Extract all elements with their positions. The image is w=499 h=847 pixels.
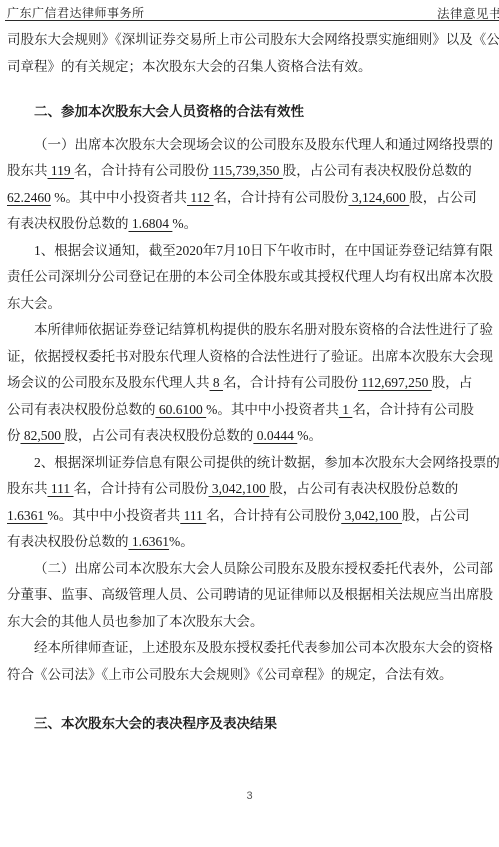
text-line: 本所律师依据证券登记结算机构提供的股东名册对股东资格的合法性进行了验 (7, 317, 499, 344)
text-segment: 二、参加本次股东大会人员资格的合法有效性 (34, 104, 304, 119)
filled-blank-value: 62.2460 (7, 190, 51, 205)
page-number: 3 (246, 790, 252, 802)
text-line: 有表决权股份总数的 1.6804 %。 (7, 211, 499, 238)
text-segment: 名，合计持有公司股份 (214, 190, 349, 205)
text-segment: 股，占公司 (409, 190, 477, 205)
text-segment: 有表决权股份总数的 (7, 534, 129, 549)
text-line: 1.6361 %。其中中小投资者共 111 名，合计持有公司股份 3,042,1… (7, 503, 499, 530)
section-heading: 二、参加本次股东大会人员资格的合法有效性 (7, 99, 499, 126)
text-segment: 分董事、监事、高级管理人员、公司聘请的见证律师以及根据相关法规应当出席股 (7, 587, 493, 602)
filled-blank-value: 1 (339, 402, 353, 417)
text-line: 司股东大会规则》《深圳证券交易所上市公司股东大会网络投票实施细则》以及《公 (7, 27, 499, 54)
filled-blank-value: 112 (187, 190, 214, 205)
filled-blank-value: 111 (180, 508, 206, 523)
text-line: 份 82,500 股，占公司有表决权股份总数的 0.0444 %。 (7, 423, 499, 450)
text-segment: 东大会。 (7, 296, 61, 311)
text-segment: 责任公司深圳分公司登记在册的本公司全体股东或其授权代理人均有权出席本次股 (7, 269, 493, 284)
text-segment: %。其中中小投资者共 (51, 190, 187, 205)
filled-blank-value: 0.0444 (253, 428, 297, 443)
text-segment: （一）出席本次股东大会现场会议的公司股东及股东代理人和通过网络投票的 (34, 137, 493, 152)
text-line: 证，依据授权委托书对股东代理人资格的合法性进行了验证。出席本次股东大会现 (7, 344, 499, 371)
text-segment: 名，合计持有公司股份 (74, 163, 209, 178)
text-line: 股东共 111 名，合计持有公司股份 3,042,100 股，占公司有表决权股份… (7, 476, 499, 503)
filled-blank-value: 60.6100 (156, 402, 207, 417)
text-segment: 股，占公司 (402, 508, 470, 523)
text-segment: 本所律师依据证券登记结算机构提供的股东名册对股东资格的合法性进行了验 (34, 322, 493, 337)
text-line: 1、根据会议通知，截至2020年7月10日下午收市时，在中国证券登记结算有限 (7, 238, 499, 265)
filled-blank-value: 82,500 (21, 428, 65, 443)
text-segment: %。其中中小投资者共 (206, 402, 339, 417)
text-segment: 1、根据会议通知，截至2020年7月10日下午收市时，在中国证券登记结算有限 (34, 243, 493, 258)
text-segment: 名，合计持有公司股份 (223, 375, 358, 390)
text-segment: 证，依据授权委托书对股东代理人资格的合法性进行了验证。出席本次股东大会现 (7, 349, 493, 364)
text-segment: 股东共 (7, 163, 48, 178)
header-divider (5, 20, 499, 21)
filled-blank-value: 3,124,600 (349, 190, 410, 205)
text-segment: 司股东大会规则》《深圳证券交易所上市公司股东大会网络投票实施细则》以及《公 (7, 32, 499, 47)
section-heading: 三、本次股东大会的表决程序及表决结果 (7, 711, 499, 738)
text-segment: %。 (169, 534, 194, 549)
filled-blank-value: 1.6804 (129, 216, 173, 231)
filled-blank-value: 119 (48, 163, 75, 178)
text-segment: 股东共 (7, 481, 48, 496)
text-line: 东大会。 (7, 291, 499, 318)
text-segment: 三、本次股东大会的表决程序及表决结果 (34, 716, 277, 731)
text-segment: %。 (172, 216, 197, 231)
filled-blank-value: 1.6361 (129, 534, 170, 549)
text-line: 股东共 119 名，合计持有公司股份 115,739,350 股，占公司有表决权… (7, 158, 499, 185)
text-segment: 股，占公司有表决权股份总数的 (64, 428, 253, 443)
text-line: 公司有表决权股份总数的 60.6100 %。其中中小投资者共 1 名，合计持有公… (7, 397, 499, 424)
filled-blank-value: 111 (48, 481, 74, 496)
text-line: 司章程》的有关规定；本次股东大会的召集人资格合法有效。 (7, 54, 499, 81)
text-line: 2、根据深圳证券信息有限公司提供的统计数据，参加本次股东大会网络投票的 (7, 450, 499, 477)
text-segment: 有表决权股份总数的 (7, 216, 129, 231)
text-line: 经本所律师查证，上述股东及股东授权委托代表参加公司本次股东大会的资格 (7, 635, 499, 662)
text-segment: 公司有表决权股份总数的 (7, 402, 156, 417)
filled-blank-value: 115,739,350 (209, 163, 283, 178)
text-segment: 名，合计持有公司股份 (206, 508, 341, 523)
text-line: 东大会的其他人员也参加了本次股东大会。 (7, 609, 499, 636)
filled-blank-value: 3,042,100 (341, 508, 402, 523)
text-line: （一）出席本次股东大会现场会议的公司股东及股东代理人和通过网络投票的 (7, 132, 499, 159)
text-line: 有表决权股份总数的 1.6361%。 (7, 529, 499, 556)
document-lines: 司股东大会规则》《深圳证券交易所上市公司股东大会网络投票实施细则》以及《公司章程… (7, 27, 499, 737)
text-line: 62.2460 %。其中中小投资者共 112 名，合计持有公司股份 3,124,… (7, 185, 499, 212)
text-segment: （二）出席公司本次股东大会人员除公司股东及股东授权委托代表外，公司部 (34, 561, 493, 576)
text-segment: 股，占公司有表决权股份总数的 (269, 481, 458, 496)
filled-blank-value: 8 (210, 375, 224, 390)
text-segment: %。 (297, 428, 322, 443)
text-line: （二）出席公司本次股东大会人员除公司股东及股东授权委托代表外，公司部 (7, 556, 499, 583)
text-line: 场会议的公司股东及股东代理人共 8 名，合计持有公司股份 112,697,250… (7, 370, 499, 397)
filled-blank-value: 3,042,100 (209, 481, 270, 496)
text-line: 责任公司深圳分公司登记在册的本公司全体股东或其授权代理人均有权出席本次股 (7, 264, 499, 291)
law-firm-name: 广东广信君达律师事务所 (7, 4, 145, 21)
text-segment: 股，占 (432, 375, 473, 390)
text-segment: 名，合计持有公司股份 (74, 481, 209, 496)
filled-blank-value: 112,697,250 (358, 375, 432, 390)
text-segment: 名，合计持有公司股 (352, 402, 474, 417)
document-page: 广东广信君达律师事务所 法律意见书 司股东大会规则》《深圳证券交易所上市公司股东… (0, 0, 499, 847)
text-segment: 股，占公司有表决权股份总数的 (283, 163, 472, 178)
text-segment: 场会议的公司股东及股东代理人共 (7, 375, 210, 390)
text-segment: 经本所律师查证，上述股东及股东授权委托代表参加公司本次股东大会的资格 (34, 640, 493, 655)
text-segment: 东大会的其他人员也参加了本次股东大会。 (7, 614, 264, 629)
text-line: 分董事、监事、高级管理人员、公司聘请的见证律师以及根据相关法规应当出席股 (7, 582, 499, 609)
text-segment: 份 (7, 428, 21, 443)
filled-blank-value: 1.6361 (7, 508, 48, 523)
text-segment: 符合《公司法》《上市公司股东大会规则》《公司章程》的规定，合法有效。 (7, 667, 453, 682)
text-line: 符合《公司法》《上市公司股东大会规则》《公司章程》的规定，合法有效。 (7, 662, 499, 689)
text-segment: 2、根据深圳证券信息有限公司提供的统计数据，参加本次股东大会网络投票的 (34, 455, 499, 470)
page-footer: 3 (0, 790, 499, 802)
text-segment: %。其中中小投资者共 (48, 508, 181, 523)
text-segment: 司章程》的有关规定；本次股东大会的召集人资格合法有效。 (7, 59, 372, 74)
